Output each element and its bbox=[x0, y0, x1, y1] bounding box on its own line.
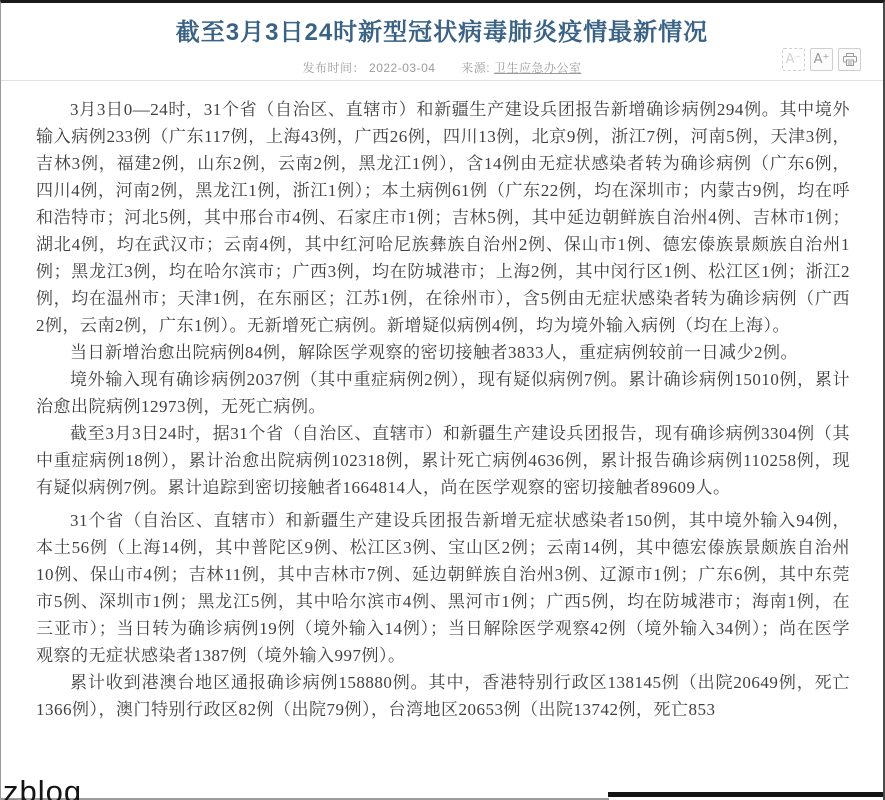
source-label: 来源: bbox=[461, 61, 490, 75]
article-paragraph: 31个省（自治区、直辖市）和新疆生产建设兵团报告新增无症状感染者150例，其中境… bbox=[36, 507, 850, 669]
article-header: 截至3月3日24时新型冠状病毒肺炎疫情最新情况 发布时间：2022-03-04 … bbox=[1, 3, 883, 80]
page-title: 截至3月3日24时新型冠状病毒肺炎疫情最新情况 bbox=[176, 12, 708, 47]
font-print-toolbar: A⁻ A⁺ bbox=[782, 48, 861, 71]
publish-date: 2022-03-04 bbox=[369, 61, 435, 75]
article-paragraph: 3月3日0—24时，31个省（自治区、直辖市）和新疆生产建设兵团报告新增确诊病例… bbox=[36, 96, 850, 339]
article-paragraph: 截至3月3日24时，据31个省（自治区、直辖市）和新疆生产建设兵团报告，现有确诊… bbox=[36, 420, 850, 501]
source-link[interactable]: 卫生应急办公室 bbox=[494, 61, 582, 75]
publish-time-label: 发布时间： bbox=[303, 61, 366, 75]
bottom-border-black bbox=[608, 792, 883, 797]
printer-icon bbox=[843, 53, 857, 66]
zblog-watermark: zblog bbox=[3, 776, 82, 800]
print-button[interactable] bbox=[838, 48, 861, 71]
article-meta: 发布时间：2022-03-04 来源: 卫生应急办公室 bbox=[1, 59, 883, 76]
font-increase-button[interactable]: A⁺ bbox=[810, 48, 833, 71]
article-paragraph: 当日新增治愈出院病例84例，解除医学观察的密切接触者3833人，重症病例较前一日… bbox=[36, 339, 850, 366]
article-paragraph: 境外输入现有确诊病例2037例（其中重症病例2例），现有疑似病例7例。累计确诊病… bbox=[36, 366, 850, 420]
font-decrease-button[interactable]: A⁻ bbox=[782, 48, 805, 71]
article-paragraph: 累计收到港澳台地区通报确诊病例158880例。其中，香港特别行政区138145例… bbox=[36, 669, 850, 723]
article-body: 3月3日0—24时，31个省（自治区、直辖市）和新疆生产建设兵团报告新增确诊病例… bbox=[1, 81, 883, 723]
article-page: 截至3月3日24时新型冠状病毒肺炎疫情最新情况 发布时间：2022-03-04 … bbox=[0, 0, 885, 800]
